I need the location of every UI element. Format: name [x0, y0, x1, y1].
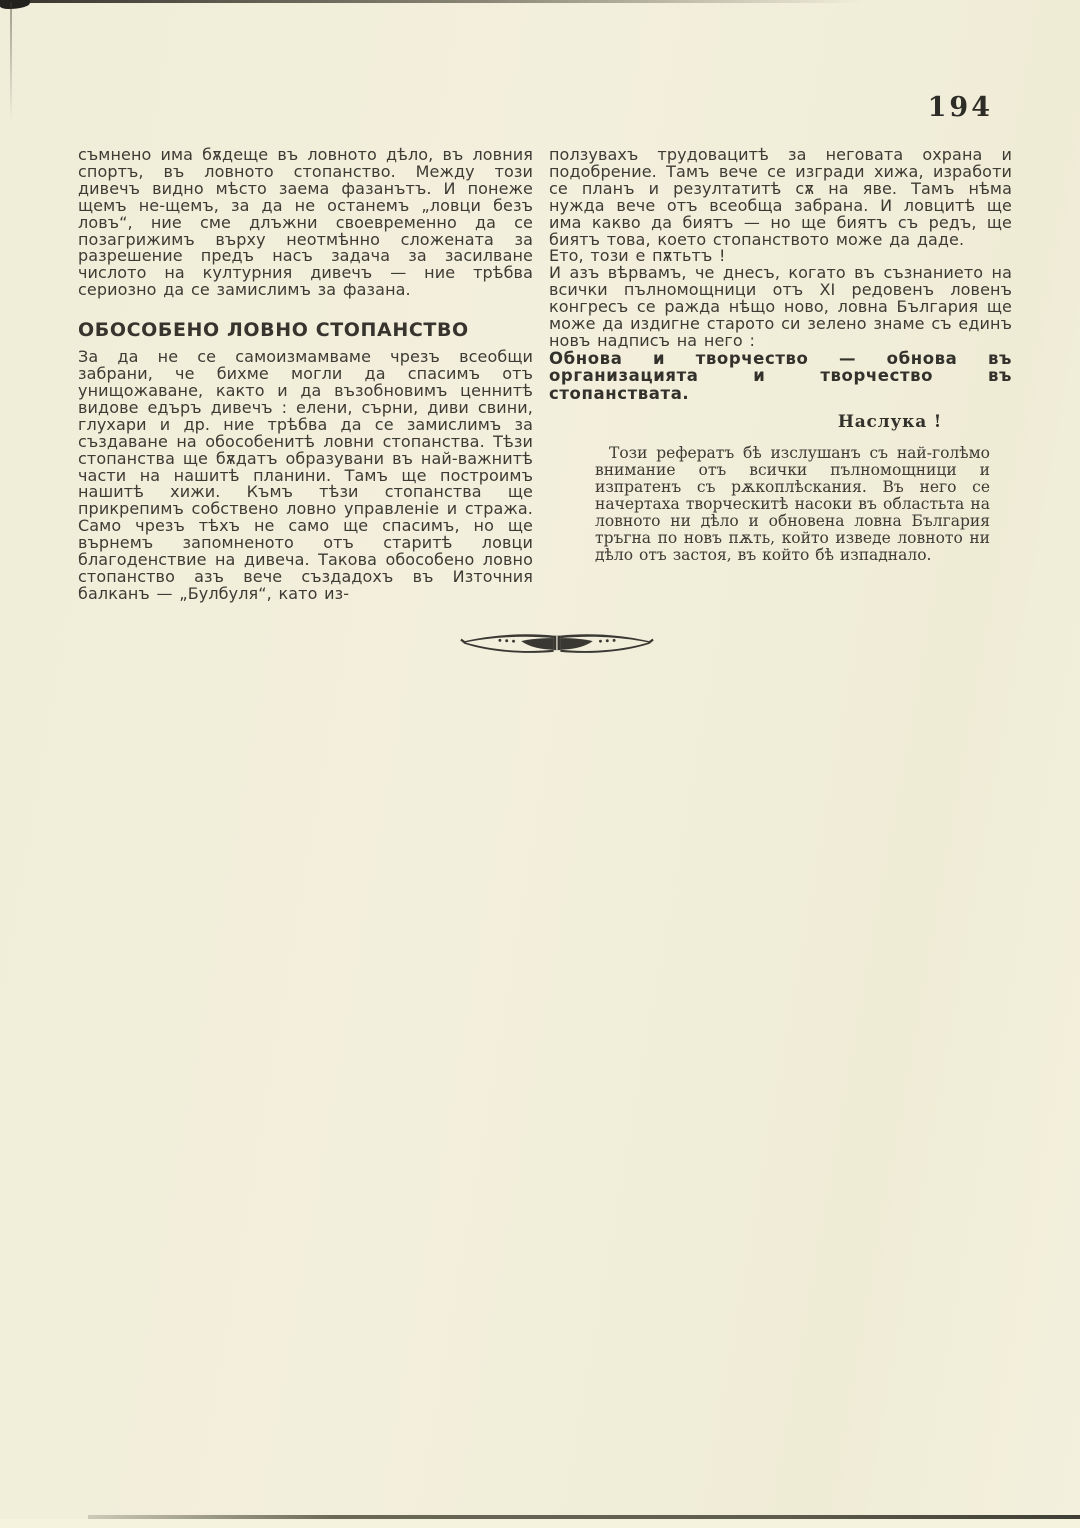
ornament-graphic: [459, 631, 655, 659]
right-column: ползувахъ трудовацитѣ за неговата охрана…: [549, 147, 1012, 563]
paragraph-top: ползувахъ трудовацитѣ за неговата охрана…: [549, 147, 1012, 248]
closing-paragraph: Този рефератъ бѣ изслушанъ съ най-голѣмо…: [595, 445, 990, 563]
scan-edge-top: [0, 0, 1080, 3]
paragraph-continuation: съмнено има бѫдеще въ ловното дѣло, въ л…: [78, 147, 533, 299]
scan-corner-blob: [0, 0, 30, 9]
slogan-line: Обнова и творчество — обнова въ организа…: [549, 350, 1012, 402]
scanned-page: 194 съмнено има бѫдеще въ ловното дѣло, …: [0, 0, 1080, 1528]
scan-edge-left: [10, 2, 12, 122]
winged-divider-ornament: [459, 631, 655, 659]
page-number: 194: [928, 92, 993, 123]
left-column: съмнено има бѫдеще въ ловното дѣло, въ л…: [78, 147, 533, 603]
paragraph-belief: И азъ вѣрвамъ, че днесъ, когато въ съзна…: [549, 265, 1012, 350]
section-heading: ОБОСОБЕНО ЛОВНО СТОПАНСТВО: [78, 320, 533, 340]
paragraph-main: За да не се самоизмамваме чрезъ всеобщи …: [78, 349, 533, 603]
scan-bottom-strip: [0, 1519, 1080, 1528]
salute-line: Наслука !: [549, 412, 942, 432]
